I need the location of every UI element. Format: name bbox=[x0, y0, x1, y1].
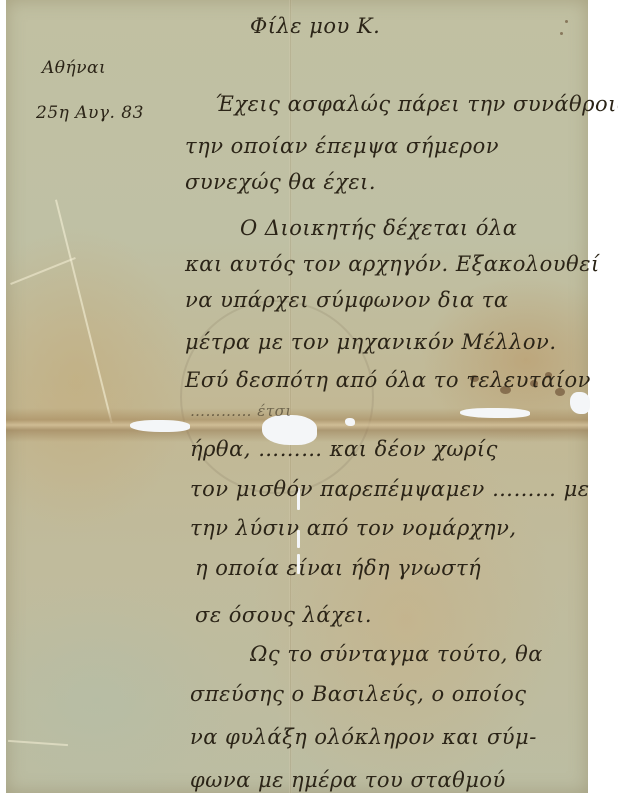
vertical-fold-crease bbox=[289, 0, 292, 793]
letter-line: Ως το σύνταγμα τούτο, θα bbox=[250, 642, 543, 666]
letter-line: και αυτός τον αρχηγόν. Εξακολουθεί bbox=[185, 252, 600, 276]
margin-place: Αθήναι bbox=[42, 58, 106, 78]
letter-line: να φυλάξη ολόκληρον και σύμ- bbox=[190, 725, 537, 749]
letter-line: Ο Διοικητής δέχεται όλα bbox=[240, 216, 517, 240]
salutation: Φίλε μου Κ. bbox=[250, 14, 380, 38]
letter-line: να υπάρχει σύμφωνον δια τα bbox=[185, 288, 509, 312]
letter-line: σε όσους λάχει. bbox=[195, 603, 372, 627]
letter-line: την οποίαν έπεμψα σήμερον bbox=[185, 134, 499, 158]
letter-line: φωνα με ημέρα του σταθμού bbox=[190, 768, 506, 792]
ink-spot bbox=[560, 32, 563, 35]
letter-line: την λύσιν από τον νομάρχην, bbox=[190, 516, 517, 540]
letter-line: τον μισθόν παρεπέμψαμεν ……… με bbox=[190, 477, 590, 501]
letter-line: σπεύσης ο Βασιλεύς, ο οποίος bbox=[190, 682, 527, 706]
letter-line: μέτρα με τον μηχανικόν Μέλλον. bbox=[185, 330, 557, 354]
letter-line: Εσύ δεσπότη από όλα το τελευταίον bbox=[185, 368, 591, 392]
ink-spot bbox=[565, 20, 568, 23]
tear-hole bbox=[130, 420, 190, 432]
tear-hole bbox=[460, 408, 530, 418]
tear-hole bbox=[570, 392, 590, 414]
tear-hole bbox=[345, 418, 355, 426]
letter-line: Έχεις ασφαλώς πάρει την συνάθροισιν bbox=[215, 92, 618, 116]
letter-line: ήρθα, ……… και δέον χωρίς bbox=[190, 437, 498, 461]
letter-line: η οποία είναι ήδη γνωστή bbox=[195, 556, 481, 580]
letter-line-torn: ………… έτσι bbox=[190, 402, 292, 420]
margin-date: 25η Αυγ. 83 bbox=[36, 103, 144, 123]
letter-line: συνεχώς θα έχει. bbox=[185, 170, 376, 194]
